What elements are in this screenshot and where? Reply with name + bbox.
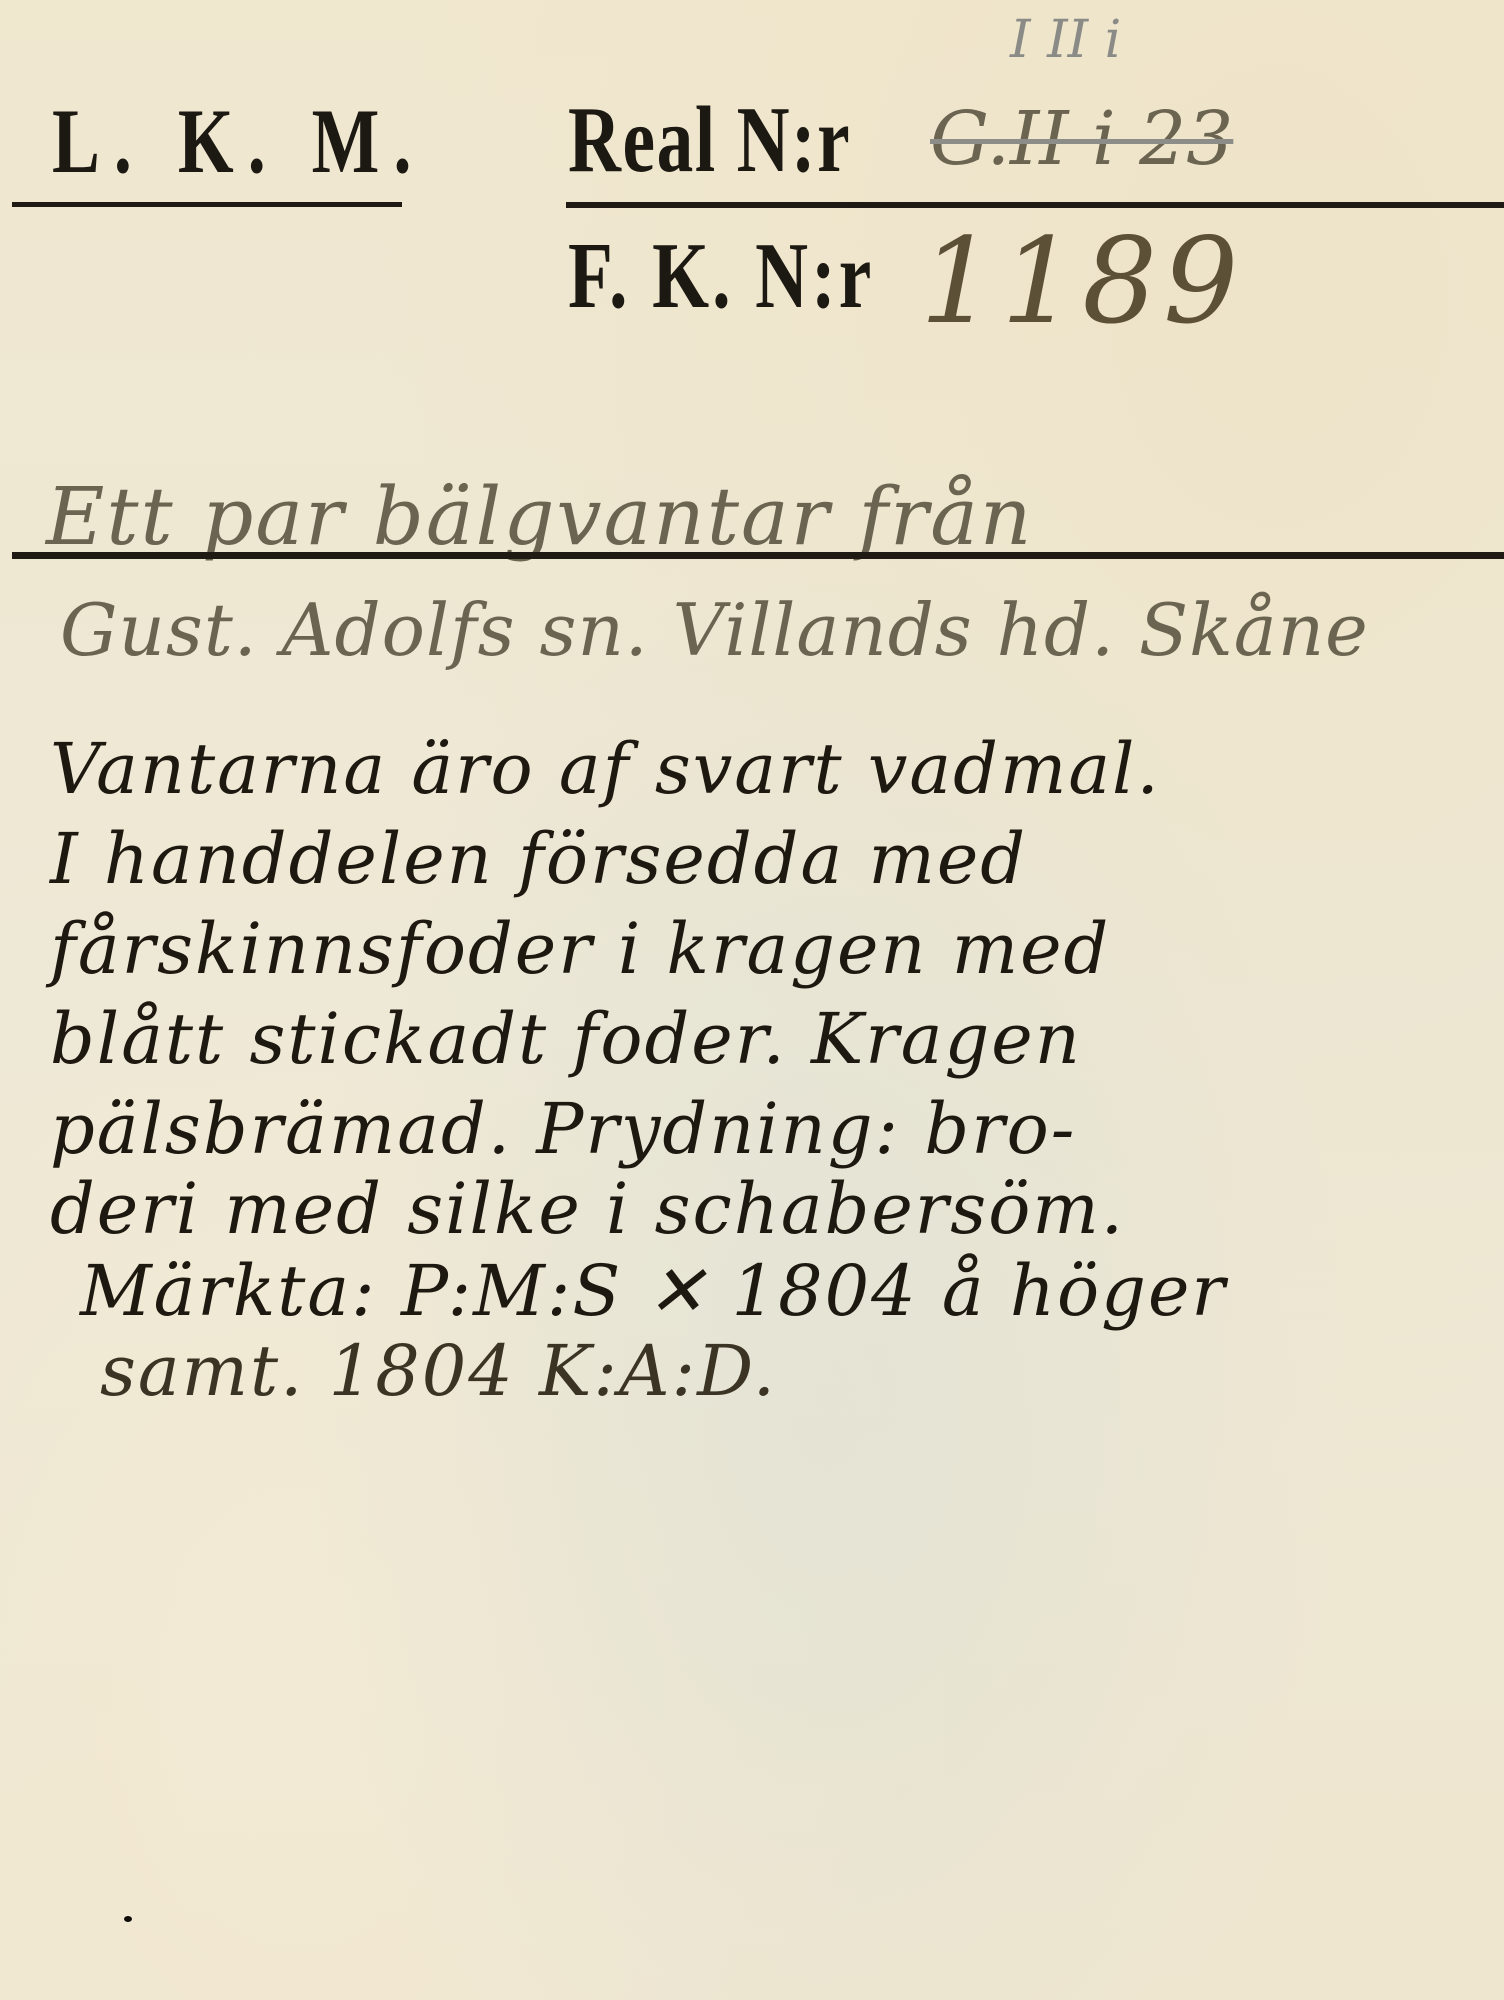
- description-line-8: samt. 1804 K:A:D.: [100, 1330, 777, 1412]
- description-line-7: Märkta: P:M:S ✕ 1804 å höger: [80, 1250, 1227, 1332]
- real-number-pencil-correction: I II i: [1010, 10, 1121, 70]
- description-line-5: pälsbrämad. Prydning: bro-: [50, 1088, 1076, 1170]
- description-line-2: I handdelen försedda med: [50, 818, 1027, 900]
- fk-number-label: F. K. N:r: [568, 222, 874, 330]
- object-title: Ett par bälgvantar från: [46, 470, 1033, 563]
- real-number-struck-value: G.II i 23: [930, 96, 1233, 182]
- description-line-4: blått stickadt foder. Kragen: [50, 998, 1082, 1080]
- ink-dot: [124, 1916, 132, 1922]
- real-number-label: Real N:r: [568, 86, 851, 194]
- object-origin: Gust. Adolfs sn. Villands hd. Skåne: [60, 588, 1369, 672]
- description-line-1: Vantarna äro af svart vadmal.: [50, 728, 1161, 810]
- real-number-underline: [566, 202, 1504, 208]
- description-line-6: deri med silke i schabersöm.: [50, 1168, 1125, 1250]
- title-rule: [12, 552, 1504, 559]
- institution-label: L. K. M.: [52, 88, 425, 194]
- catalog-card: L. K. M. Real N:r I II i G.II i 23 F. K.…: [0, 0, 1504, 2000]
- description-line-3: fårskinnsfoder i kragen med: [50, 908, 1110, 990]
- institution-underline: [12, 202, 402, 207]
- fk-number-value: 1189: [920, 212, 1244, 350]
